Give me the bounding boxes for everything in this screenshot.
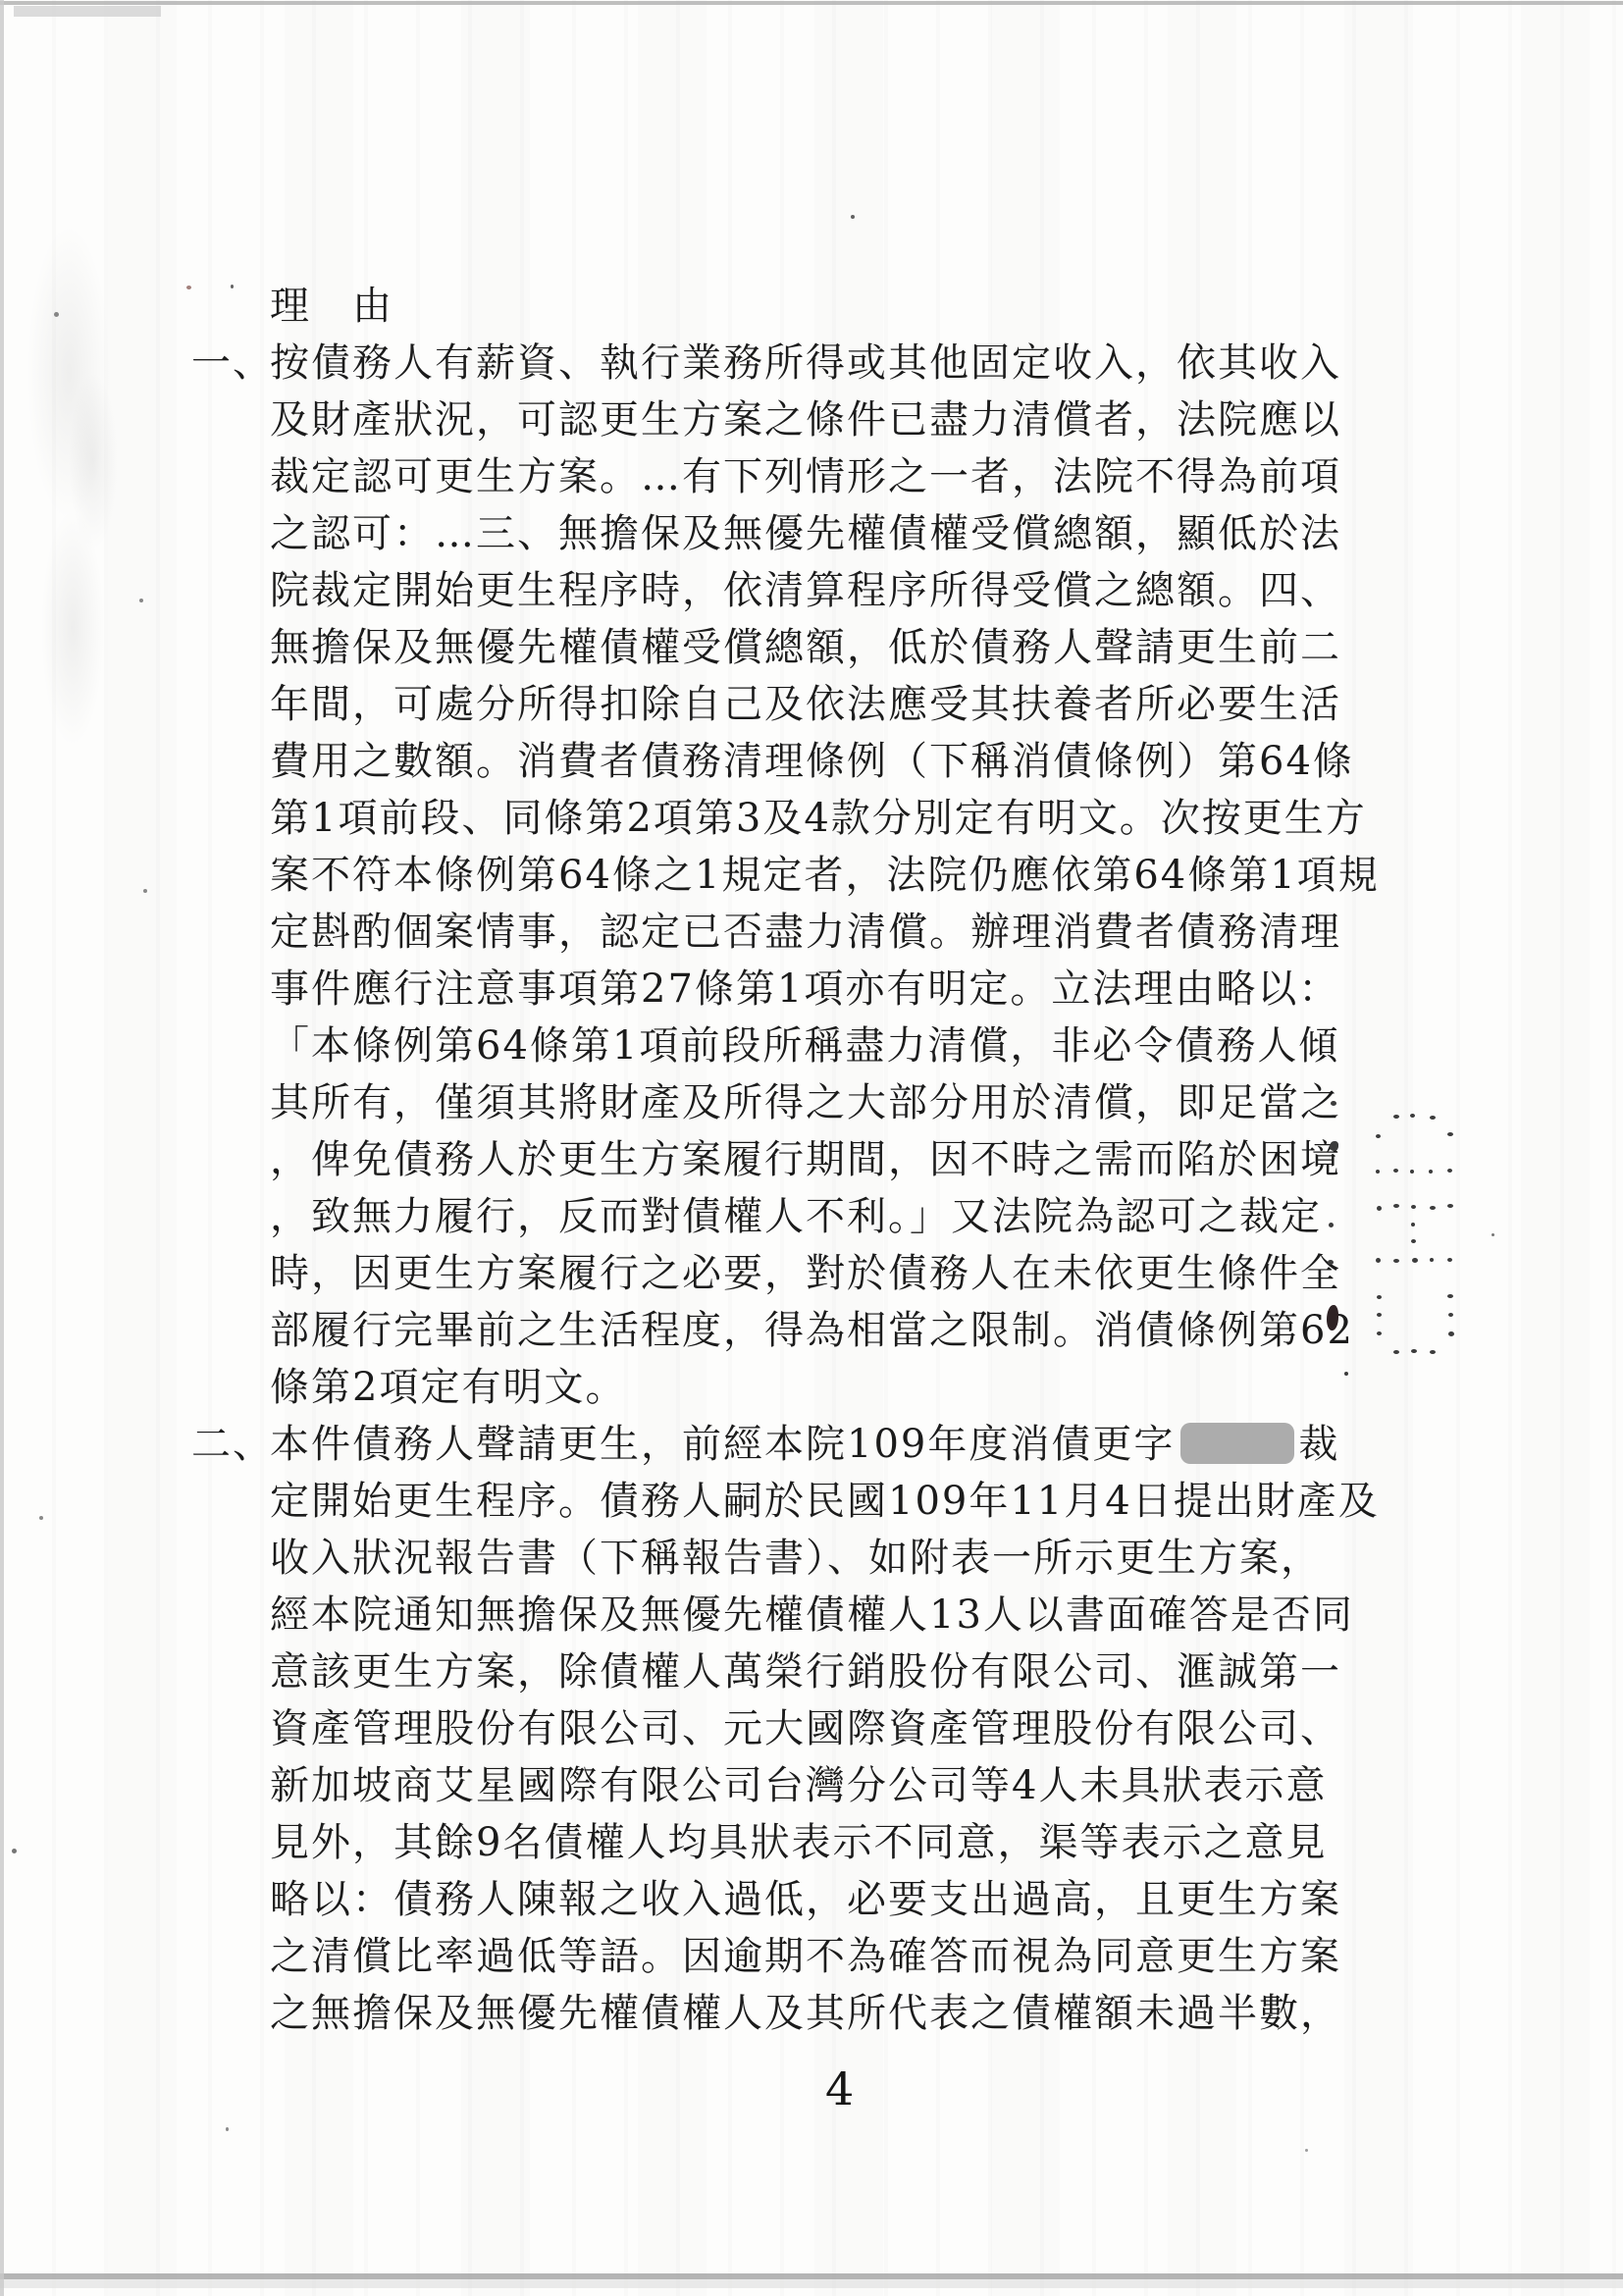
scan-speckle [226, 2127, 229, 2131]
text-line: 事件應行注意事項第27條第1項亦有明定。立法理由略以： [270, 961, 1359, 1018]
reasons-heading: 理 由 [270, 278, 1359, 335]
scan-speckle [1376, 1258, 1381, 1263]
scan-speckle [1393, 1259, 1399, 1263]
scan-smudge [41, 510, 104, 746]
scan-speckle [186, 286, 191, 289]
text-line: ，致無力履行，反而對債權人不利。」又法院為認可之裁定 [270, 1188, 1359, 1245]
text-line: 定斟酌個案情事，認定已否盡力清償。辦理消費者債務清理 [270, 904, 1359, 961]
text-line: 年間，可處分所得扣除自己及依法應受其扶養者所必要生活 [270, 676, 1359, 733]
text-line: 「本條例第64條第1項前段所稱盡力清償，非必令債務人傾 [270, 1018, 1359, 1074]
scan-mark [1344, 1372, 1348, 1376]
text-line: 時，因更生方案履行之必要，對於債務人在未依更生條件全 [270, 1245, 1359, 1302]
scan-speckle [1376, 1134, 1381, 1138]
scan-speckle [231, 285, 234, 288]
redaction-box [1180, 1423, 1294, 1464]
text-line: 第1項前段、同條第2項第3及4款分別定有明文。次按更生方 [270, 790, 1359, 847]
text-line: 一、按債務人有薪資、執行業務所得或其他固定收入，依其收入 [191, 335, 1359, 391]
scan-speckle [143, 889, 147, 893]
scan-mark [1331, 1101, 1336, 1106]
scan-speckle [1377, 1295, 1382, 1299]
text-line: 之無擔保及無優先權債權人及其所代表之債權額未過半數， [270, 1985, 1359, 2042]
scan-edge-bottom-soft [0, 2279, 1623, 2288]
scan-speckle [39, 1516, 43, 1520]
text-line: 裁定認可更生方案。…有下列情形之一者，法院不得為前項 [270, 448, 1359, 505]
scan-speckle [1410, 1114, 1415, 1118]
line-text: 按債務人有薪資、執行業務所得或其他固定收入，依其收入 [270, 340, 1341, 386]
scan-speckle [1430, 1116, 1436, 1120]
scan-speckle [1411, 1205, 1416, 1209]
text-line: 定開始更生程序。債務人嗣於民國109年11月4日提出財產及 [270, 1473, 1359, 1530]
text-line: 及財產狀況，可認更生方案之條件已盡力清償者，法院應以 [270, 391, 1359, 448]
scan-edge-left [0, 0, 4, 2296]
text-line: 之清償比率過低等語。因逾期不為確答而視為同意更生方案 [270, 1928, 1359, 1985]
scan-speckle [1448, 1313, 1453, 1317]
scan-speckle [1377, 1313, 1382, 1317]
line-text: 本件債務人聲請更生，前經本院109年度消債更字 [270, 1422, 1175, 1467]
text-line: 經本院通知無擔保及無優先權債權人13人以書面確答是否同 [270, 1587, 1359, 1644]
scan-speckle [1393, 1350, 1399, 1354]
document-page: 理 由 一、按債務人有薪資、執行業務所得或其他固定收入，依其收入 及財產狀況，可… [0, 0, 1623, 2296]
scan-speckle [1430, 1350, 1436, 1354]
scan-speckle [1393, 1115, 1399, 1119]
scan-speckle [851, 215, 855, 219]
item-marker-1: 一、 [191, 335, 270, 391]
scan-speckle [54, 312, 59, 317]
scan-mark [1330, 1141, 1338, 1151]
scan-speckle [1430, 1206, 1436, 1210]
scan-speckle [1448, 1331, 1454, 1336]
item-marker-2: 二、 [191, 1416, 270, 1473]
text-line: ，俾免債務人於更生方案履行期間，因不時之需而陷於困境 [270, 1131, 1359, 1188]
scan-speckle [1393, 1169, 1398, 1173]
scan-speckle [1492, 1233, 1494, 1236]
text-line: 見外，其餘9名債權人均具狀表示不同意，渠等表示之意見 [270, 1814, 1359, 1871]
scan-speckle [1447, 1294, 1453, 1298]
text-line: 案不符本條例第64條之1規定者，法院仍應依第64條第1項規 [270, 847, 1359, 904]
text-line: 略以：債務人陳報之收入過低，必要支出過高，且更生方案 [270, 1871, 1359, 1928]
scan-speckle [1447, 1204, 1453, 1208]
text-line: 新加坡商艾星國際有限公司台灣分公司等4人未具狀表示意 [270, 1757, 1359, 1814]
scan-speckle [1411, 1349, 1417, 1353]
text-line: 其所有，僅須其將財產及所得之大部分用於清償，即足當之 [270, 1074, 1359, 1131]
scan-mark [1329, 1223, 1334, 1227]
text-line: 收入狀況報告書（下稱報告書）、如附表一所示更生方案， [270, 1530, 1359, 1587]
line-text: 裁 [1298, 1422, 1339, 1467]
scan-speckle [1430, 1258, 1434, 1262]
scan-speckle [1411, 1223, 1415, 1226]
text-line: 之認可：…三、無擔保及無優先權債權受償總額，顯低於法 [270, 505, 1359, 562]
scan-edge-top-smudge [14, 6, 161, 17]
reasons-text-block: 理 由 一、按債務人有薪資、執行業務所得或其他固定收入，依其收入 及財產狀況，可… [191, 278, 1359, 2042]
scan-speckle [1412, 1258, 1418, 1263]
scan-speckle [1305, 2149, 1308, 2152]
scan-speckle [1376, 1170, 1380, 1174]
text-line: 資產管理股份有限公司、元大國際資產管理股份有限公司、 [270, 1700, 1359, 1757]
scan-speckle [1393, 1204, 1399, 1208]
text-line: 無擔保及無優先權債權受償總額，低於債務人聲請更生前二 [270, 619, 1359, 676]
text-line: 院裁定開始更生程序時，依清算程序所得受償之總額。四、 [270, 562, 1359, 619]
scan-mark [1328, 1260, 1334, 1265]
text-line: 條第2項定有明文。 [270, 1359, 1359, 1416]
scan-speckle [1447, 1258, 1452, 1262]
scan-speckle [1429, 1170, 1433, 1174]
scan-speckle [1447, 1169, 1452, 1173]
scan-speckle [1410, 1170, 1414, 1174]
text-line-with-redaction: 二、本件債務人聲請更生，前經本院109年度消債更字裁 [191, 1416, 1359, 1473]
page-number: 4 [825, 2063, 854, 2114]
text-line: 意該更生方案，除債權人萬榮行銷股份有限公司、滙誠第一 [270, 1644, 1359, 1700]
scan-speckle [1447, 1132, 1453, 1136]
text-line: 部履行完畢前之生活程度，得為相當之限制。消債條例第62 [270, 1302, 1359, 1359]
scan-speckle [12, 1849, 17, 1853]
scan-speckle [139, 599, 143, 602]
scan-speckle [1411, 1239, 1416, 1243]
text-line: 費用之數額。消費者債務清理條例（下稱消債條例）第64條 [270, 733, 1359, 790]
scan-speckle [1377, 1206, 1382, 1211]
scan-speckle [1377, 1331, 1382, 1335]
scan-smudge [27, 226, 110, 520]
scan-edge-top [0, 1, 1623, 5]
scan-smudge [69, 373, 118, 549]
